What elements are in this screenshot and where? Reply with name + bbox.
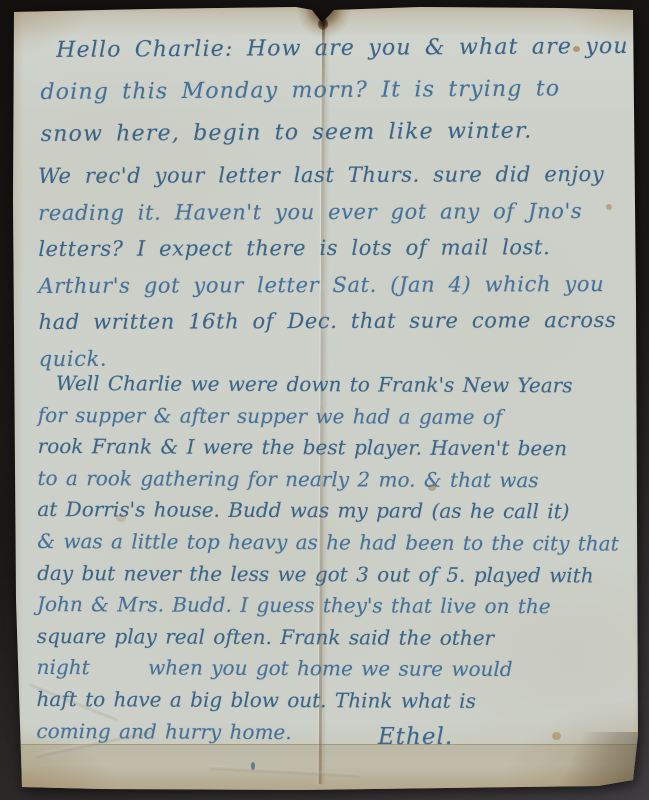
letter-line: Hello Charlie: How are you & what are yo…: [40, 26, 629, 72]
letter-paragraph-newyears: Well Charlie we were down to Frank's New…: [36, 368, 619, 750]
letter-line: & was a little top heavy as he had been …: [37, 526, 619, 560]
letter-line: night when you got home we sure would: [37, 652, 619, 686]
letter-line: rook Frank & I were the best player. Hav…: [38, 431, 620, 465]
letter-paragraph-mail: We rec'd your letter last Thurs. sure di…: [38, 156, 617, 377]
letter-line: haft to have a big blow out. Think what …: [36, 684, 618, 718]
letter-line: to a rook gathering for nearly 2 mo. & t…: [37, 463, 619, 497]
letter-line: reading it. Haven't you ever got any of …: [38, 192, 616, 231]
letter-paper: Hello Charlie: How are you & what are yo…: [0, 0, 649, 800]
letter-paragraph-greeting: Hello Charlie: How are you & what are yo…: [40, 26, 629, 156]
letter-line: We rec'd your letter last Thurs. sure di…: [38, 156, 616, 195]
letter-line: at Dorris's house. Budd was my pard (as …: [37, 494, 619, 528]
letter-line: had written 16th of Dec. that sure come …: [39, 302, 617, 341]
letter-line: square play real often. Frank said the o…: [37, 621, 619, 655]
signature: Ethel.: [378, 724, 453, 750]
letter-line: letters? I expect there is lots of mail …: [38, 229, 616, 268]
letter-line: day but never the less we got 3 out of 5…: [37, 558, 619, 592]
letter-line: snow here, begin to seem like winter.: [41, 110, 630, 156]
letter-line: doing this Monday morn? It is trying to: [40, 68, 629, 114]
paper-sheet: Hello Charlie: How are you & what are yo…: [0, 0, 649, 800]
letter-line: Arthur's got your letter Sat. (Jan 4) wh…: [38, 265, 616, 304]
ink-smudge: [251, 762, 255, 770]
letter-line: coming and hurry home.: [36, 716, 618, 750]
photo-background: Hello Charlie: How are you & what are yo…: [0, 0, 649, 800]
letter-line: John & Mrs. Budd. I guess they's that li…: [37, 589, 619, 623]
letter-line: for supper & after supper we had a game …: [38, 400, 620, 434]
letter-line: Well Charlie we were down to Frank's New…: [38, 368, 620, 402]
